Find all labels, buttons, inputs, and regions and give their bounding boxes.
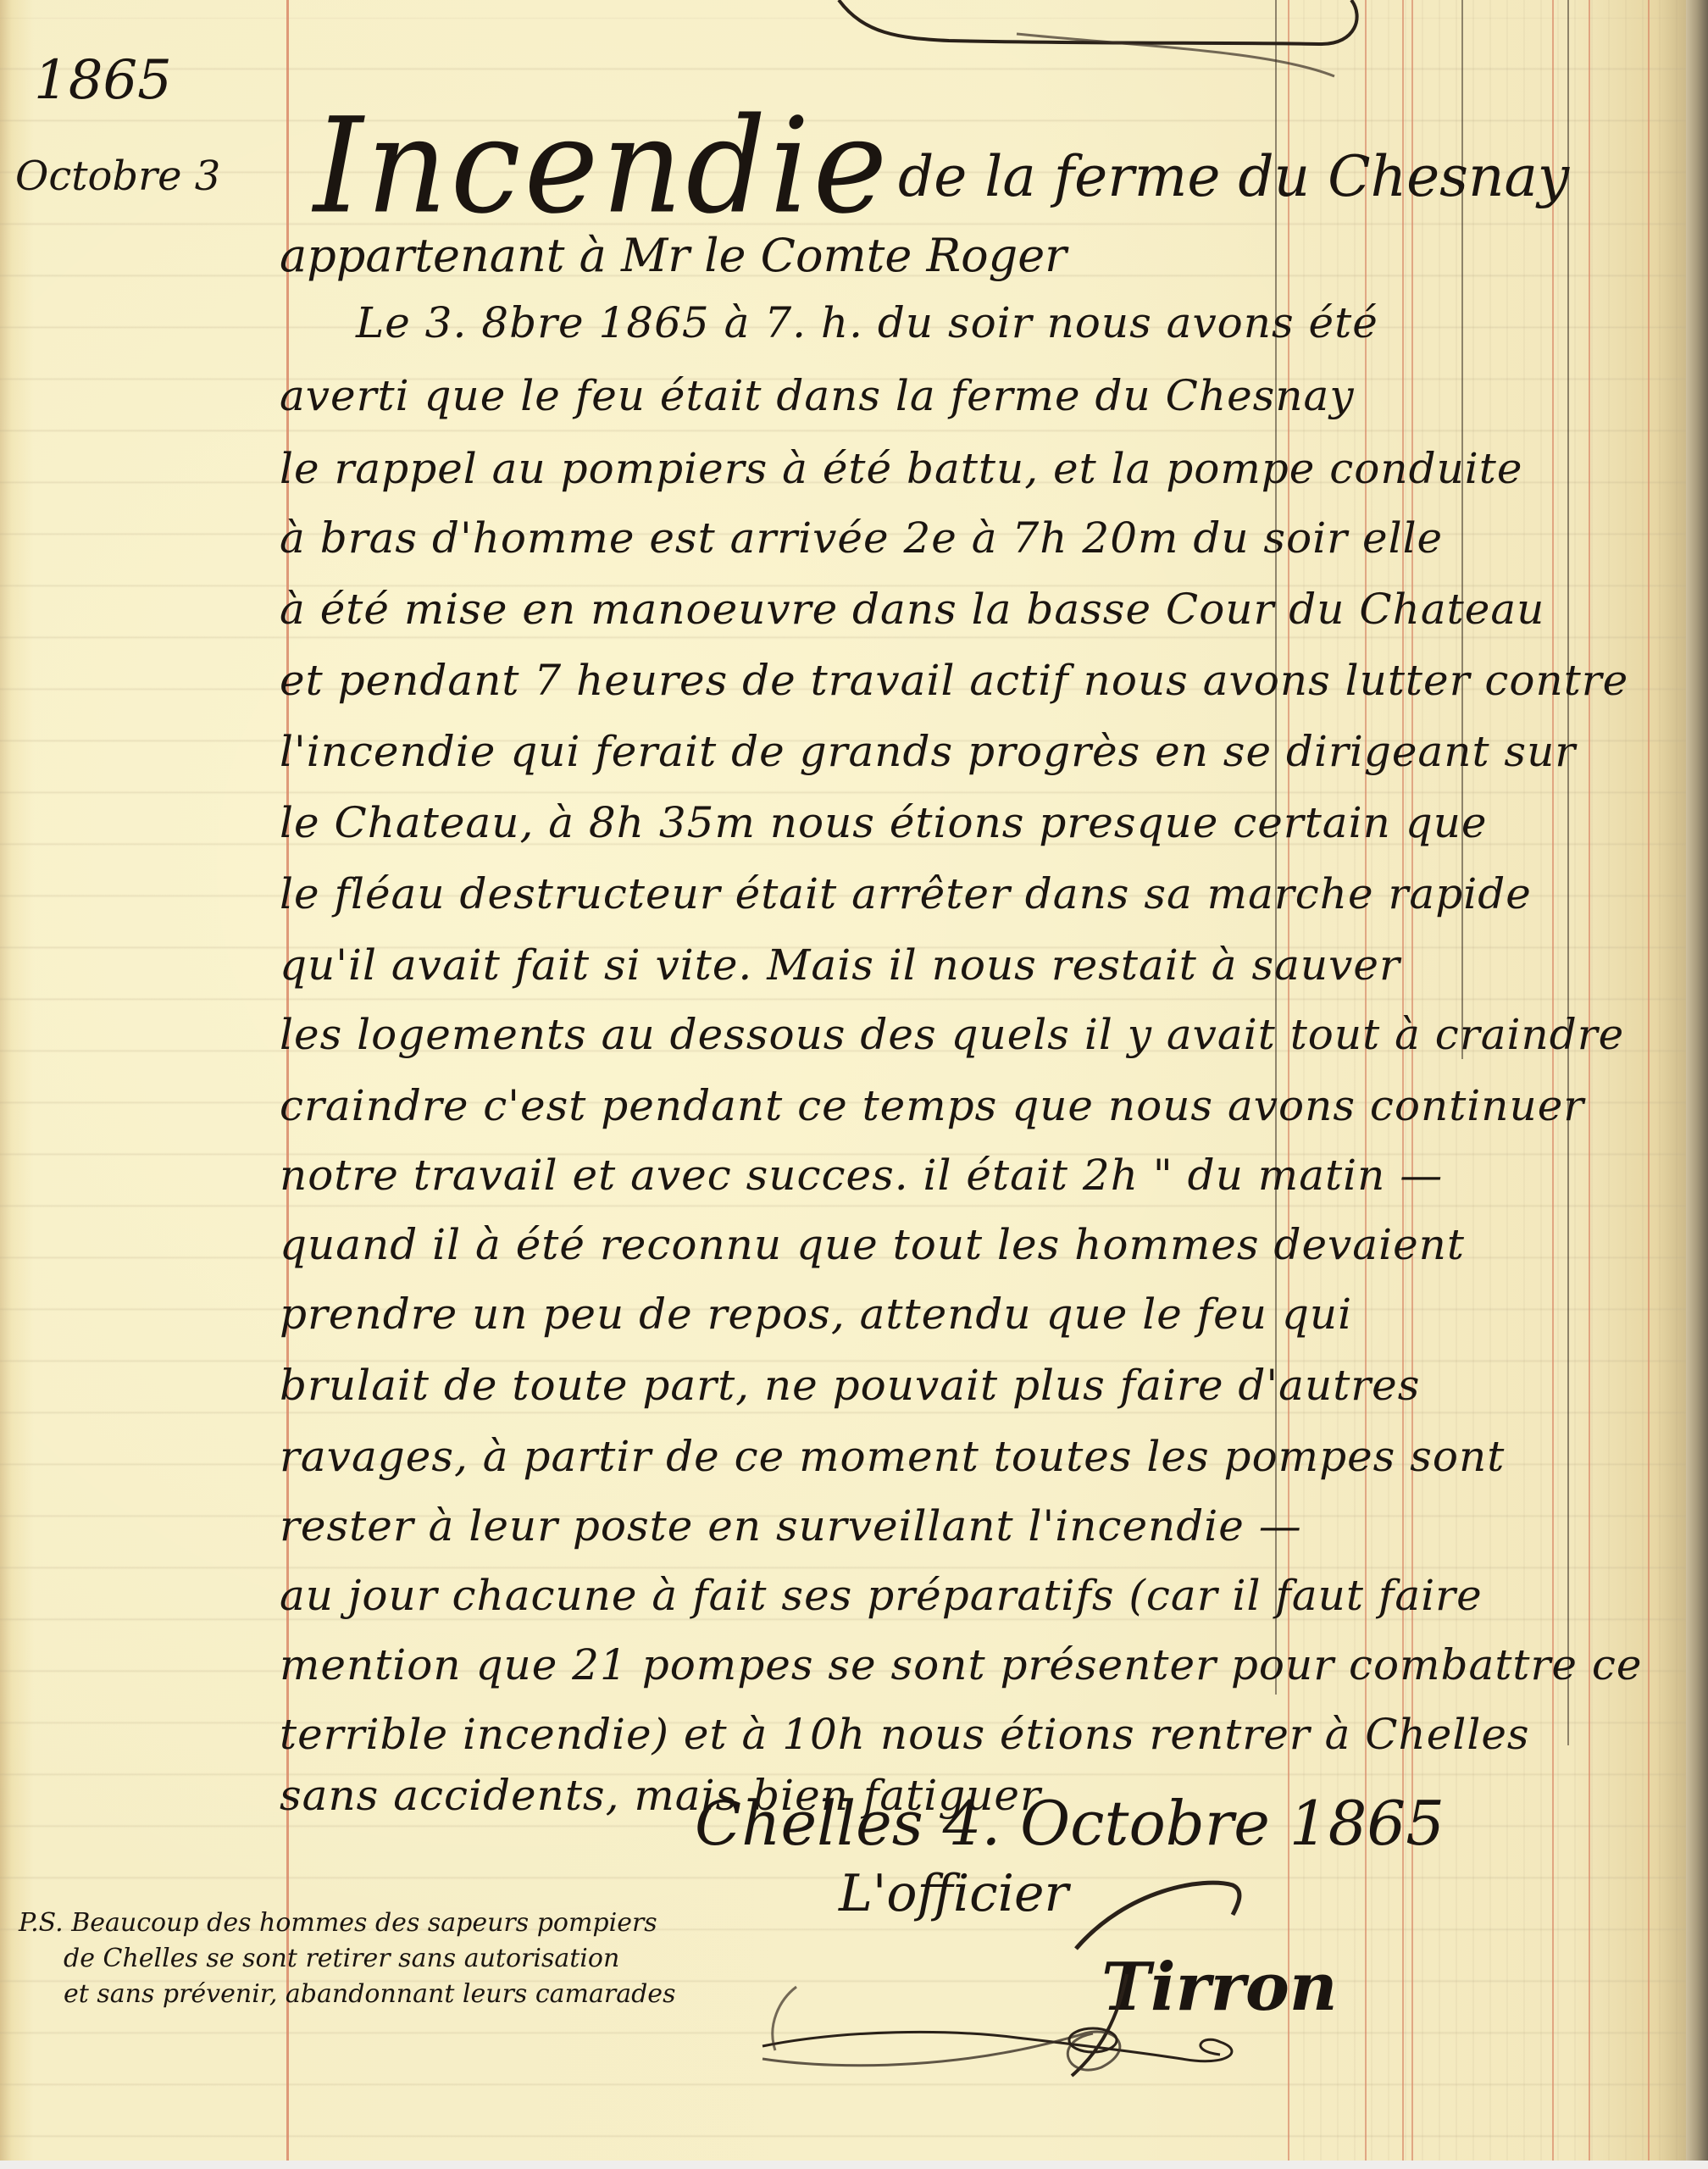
postscript-line: de Chelles se sont retirer sans autorisa…: [64, 1944, 619, 1973]
margin-year: 1865: [34, 49, 172, 112]
closing-place-date: Chelles 4. Octobre 1865: [695, 1788, 1445, 1859]
body-line: quand il à été reconnu que tout les homm…: [280, 1220, 1465, 1269]
body-line: brulait de toute part, ne pouvait plus f…: [280, 1361, 1420, 1410]
column-ruling-line: [1648, 0, 1650, 2169]
body-line: à été mise en manoeuvre dans la basse Co…: [280, 585, 1544, 634]
subtitle: appartenant à Mr le Comte Roger: [280, 229, 1067, 282]
book-binding-edge: [1686, 0, 1708, 2169]
body-line: rester à leur poste en surveillant l'inc…: [280, 1501, 1302, 1550]
postscript-line: et sans prévenir, abandonnant leurs cama…: [64, 1979, 675, 2009]
body-line: terrible incendie) et à 10h nous étions …: [280, 1710, 1530, 1759]
body-line: craindre c'est pendant ce temps que nous…: [280, 1081, 1584, 1130]
body-line: et pendant 7 heures de travail actif nou…: [280, 656, 1628, 705]
body-line: au jour chacune à fait ses préparatifs (…: [280, 1571, 1483, 1620]
postscript-line: P.S. Beaucoup des hommes des sapeurs pom…: [19, 1908, 657, 1938]
body-line: qu'il avait fait si vite. Mais il nous r…: [280, 940, 1400, 990]
body-line: Le 3. 8bre 1865 à 7. h. du soir nous avo…: [356, 298, 1378, 347]
signature: Tirron: [1101, 1949, 1338, 2026]
body-line: le rappel au pompiers à été battu, et la…: [280, 444, 1522, 493]
body-line: notre travail et avec succes. il était 2…: [280, 1151, 1443, 1200]
body-line: ravages, à partir de ce moment toutes le…: [280, 1432, 1505, 1481]
ink-column-line: [1567, 0, 1569, 1745]
body-line: prendre un peu de repos, attendu que le …: [280, 1290, 1352, 1339]
body-line: l'incendie qui ferait de grands progrès …: [280, 727, 1576, 776]
body-line: les logements au dessous des quels il y …: [280, 1010, 1624, 1059]
page-bottom-edge: [0, 2161, 1708, 2169]
column-ruling-line: [1589, 0, 1590, 2169]
ledger-page: 1865 Octobre 3 Incendie de la ferme du C…: [0, 0, 1708, 2169]
title-rest: de la ferme du Chesnay: [898, 144, 1569, 209]
margin-date: Octobre 3: [15, 153, 220, 200]
body-line: mention que 21 pompes se sont présenter …: [280, 1640, 1643, 1689]
body-line: le Chateau, à 8h 35m nous étions presque…: [280, 798, 1488, 847]
title-main: Incendie: [313, 90, 890, 243]
officer-title: L'officier: [839, 1864, 1068, 1923]
body-line: averti que le feu était dans la ferme du…: [280, 371, 1355, 420]
body-line: le fléau destructeur était arrêter dans …: [280, 869, 1532, 918]
body-line: à bras d'homme est arrivée 2e à 7h 20m d…: [280, 513, 1443, 563]
